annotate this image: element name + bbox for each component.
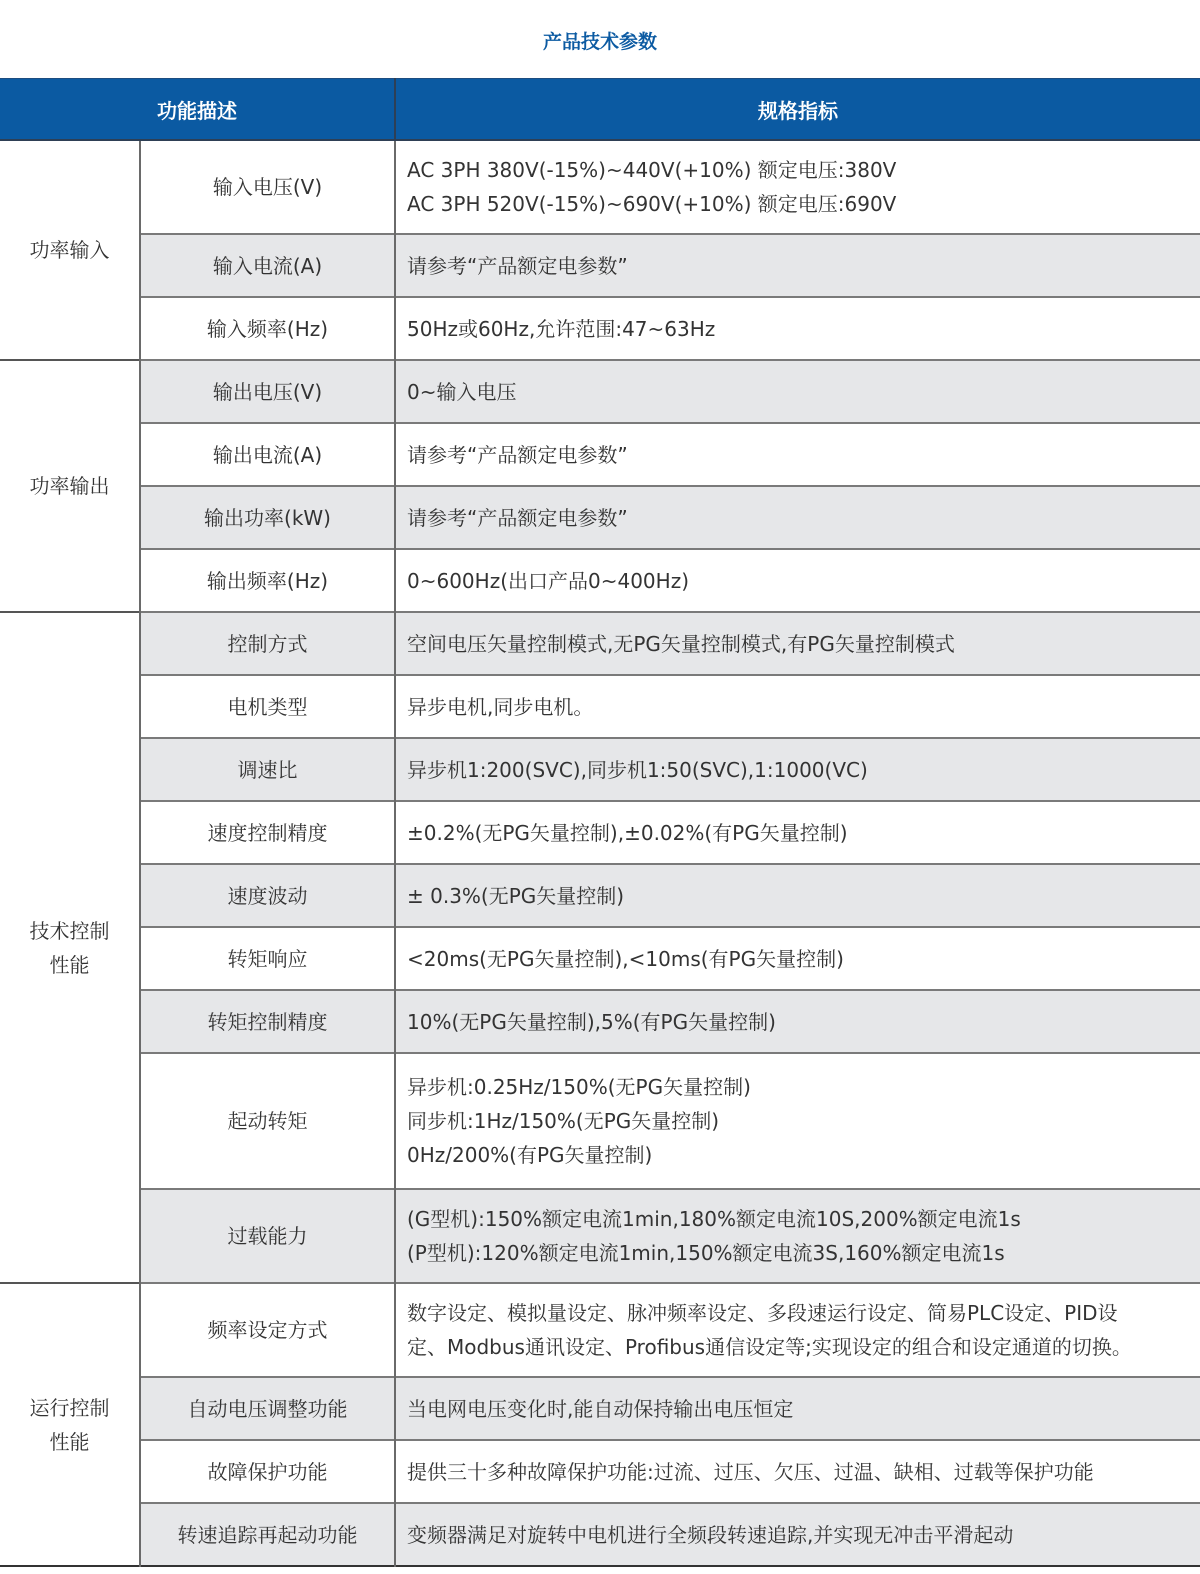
row-spec: 10%(无PG矢量控制),5%(有PG矢量控制) bbox=[395, 990, 1200, 1053]
row-spec: 请参考“产品额定电参数” bbox=[395, 423, 1200, 486]
header-feature: 功能描述 bbox=[0, 79, 395, 141]
header-spec: 规格指标 bbox=[395, 79, 1200, 141]
row-item: 速度波动 bbox=[140, 864, 395, 927]
row-item: 自动电压调整功能 bbox=[140, 1377, 395, 1440]
table-row: 转矩响应 <20ms(无PG矢量控制),<10ms(有PG矢量控制) bbox=[0, 927, 1200, 990]
row-item: 过载能力 bbox=[140, 1189, 395, 1283]
table-row: 起动转矩 异步机:0.25Hz/150%(无PG矢量控制) 同步机:1Hz/15… bbox=[0, 1053, 1200, 1189]
row-spec: 空间电压矢量控制模式,无PG矢量控制模式,有PG矢量控制模式 bbox=[395, 612, 1200, 675]
row-item: 输入频率(Hz) bbox=[140, 297, 395, 360]
row-spec: 50Hz或60Hz,允许范围:47~63Hz bbox=[395, 297, 1200, 360]
table-row: 调速比 异步机1:200(SVC),同步机1:50(SVC),1:1000(VC… bbox=[0, 738, 1200, 801]
table-row: 功率输出 输出电压(V) 0~输入电压 bbox=[0, 360, 1200, 423]
row-spec: 0~输入电压 bbox=[395, 360, 1200, 423]
table-row: 运行控制 性能 频率设定方式 数字设定、模拟量设定、脉冲频率设定、多段速运行设定… bbox=[0, 1283, 1200, 1377]
table-row: 输入频率(Hz) 50Hz或60Hz,允许范围:47~63Hz bbox=[0, 297, 1200, 360]
row-spec: 请参考“产品额定电参数” bbox=[395, 486, 1200, 549]
row-item: 转速追踪再起动功能 bbox=[140, 1503, 395, 1566]
table-header-row: 功能描述 规格指标 bbox=[0, 79, 1200, 141]
row-spec: ± 0.3%(无PG矢量控制) bbox=[395, 864, 1200, 927]
group-label-run-control: 运行控制 性能 bbox=[0, 1283, 140, 1566]
table-row: 自动电压调整功能 当电网电压变化时,能自动保持输出电压恒定 bbox=[0, 1377, 1200, 1440]
row-item: 输出电压(V) bbox=[140, 360, 395, 423]
table-row: 速度波动 ± 0.3%(无PG矢量控制) bbox=[0, 864, 1200, 927]
row-spec: 数字设定、模拟量设定、脉冲频率设定、多段速运行设定、简易PLC设定、PID设 定… bbox=[395, 1283, 1200, 1377]
row-item: 输出功率(kW) bbox=[140, 486, 395, 549]
row-item: 控制方式 bbox=[140, 612, 395, 675]
row-spec: (G型机):150%额定电流1min,180%额定电流10S,200%额定电流1… bbox=[395, 1189, 1200, 1283]
row-item: 输出电流(A) bbox=[140, 423, 395, 486]
table-row: 输出频率(Hz) 0~600Hz(出口产品0~400Hz) bbox=[0, 549, 1200, 612]
row-item: 故障保护功能 bbox=[140, 1440, 395, 1503]
row-item: 转矩控制精度 bbox=[140, 990, 395, 1053]
row-spec: 异步机:0.25Hz/150%(无PG矢量控制) 同步机:1Hz/150%(无P… bbox=[395, 1053, 1200, 1189]
row-spec: 异步机1:200(SVC),同步机1:50(SVC),1:1000(VC) bbox=[395, 738, 1200, 801]
table-row: 过载能力 (G型机):150%额定电流1min,180%额定电流10S,200%… bbox=[0, 1189, 1200, 1283]
row-spec: 0~600Hz(出口产品0~400Hz) bbox=[395, 549, 1200, 612]
row-spec: ±0.2%(无PG矢量控制),±0.02%(有PG矢量控制) bbox=[395, 801, 1200, 864]
row-item: 频率设定方式 bbox=[140, 1283, 395, 1377]
group-label-tech-control: 技术控制 性能 bbox=[0, 612, 140, 1283]
table-row: 电机类型 异步电机,同步电机。 bbox=[0, 675, 1200, 738]
row-item: 电机类型 bbox=[140, 675, 395, 738]
table-row: 转矩控制精度 10%(无PG矢量控制),5%(有PG矢量控制) bbox=[0, 990, 1200, 1053]
page-title: 产品技术参数 bbox=[0, 28, 1200, 56]
row-spec: <20ms(无PG矢量控制),<10ms(有PG矢量控制) bbox=[395, 927, 1200, 990]
table-row: 速度控制精度 ±0.2%(无PG矢量控制),±0.02%(有PG矢量控制) bbox=[0, 801, 1200, 864]
table-row: 转速追踪再起动功能 变频器满足对旋转中电机进行全频段转速追踪,并实现无冲击平滑起… bbox=[0, 1503, 1200, 1566]
row-item: 输入电压(V) bbox=[140, 140, 395, 234]
table-row: 输出电流(A) 请参考“产品额定电参数” bbox=[0, 423, 1200, 486]
row-item: 调速比 bbox=[140, 738, 395, 801]
row-spec: 变频器满足对旋转中电机进行全频段转速追踪,并实现无冲击平滑起动 bbox=[395, 1503, 1200, 1566]
row-spec: 请参考“产品额定电参数” bbox=[395, 234, 1200, 297]
table-row: 输入电流(A) 请参考“产品额定电参数” bbox=[0, 234, 1200, 297]
table-row: 输出功率(kW) 请参考“产品额定电参数” bbox=[0, 486, 1200, 549]
row-item: 速度控制精度 bbox=[140, 801, 395, 864]
row-item: 起动转矩 bbox=[140, 1053, 395, 1189]
row-item: 转矩响应 bbox=[140, 927, 395, 990]
row-item: 输出频率(Hz) bbox=[140, 549, 395, 612]
row-spec: 异步电机,同步电机。 bbox=[395, 675, 1200, 738]
row-spec: AC 3PH 380V(-15%)~440V(+10%) 额定电压:380V A… bbox=[395, 140, 1200, 234]
row-spec: 提供三十多种故障保护功能:过流、过压、欠压、过温、缺相、过载等保护功能 bbox=[395, 1440, 1200, 1503]
row-spec: 当电网电压变化时,能自动保持输出电压恒定 bbox=[395, 1377, 1200, 1440]
table-row: 功率输入 输入电压(V) AC 3PH 380V(-15%)~440V(+10%… bbox=[0, 140, 1200, 234]
table-row: 故障保护功能 提供三十多种故障保护功能:过流、过压、欠压、过温、缺相、过载等保护… bbox=[0, 1440, 1200, 1503]
spec-table: 功能描述 规格指标 功率输入 输入电压(V) AC 3PH 380V(-15%)… bbox=[0, 78, 1200, 1567]
group-label-power-input: 功率输入 bbox=[0, 140, 140, 360]
table-row: 技术控制 性能 控制方式 空间电压矢量控制模式,无PG矢量控制模式,有PG矢量控… bbox=[0, 612, 1200, 675]
group-label-power-output: 功率输出 bbox=[0, 360, 140, 612]
row-item: 输入电流(A) bbox=[140, 234, 395, 297]
